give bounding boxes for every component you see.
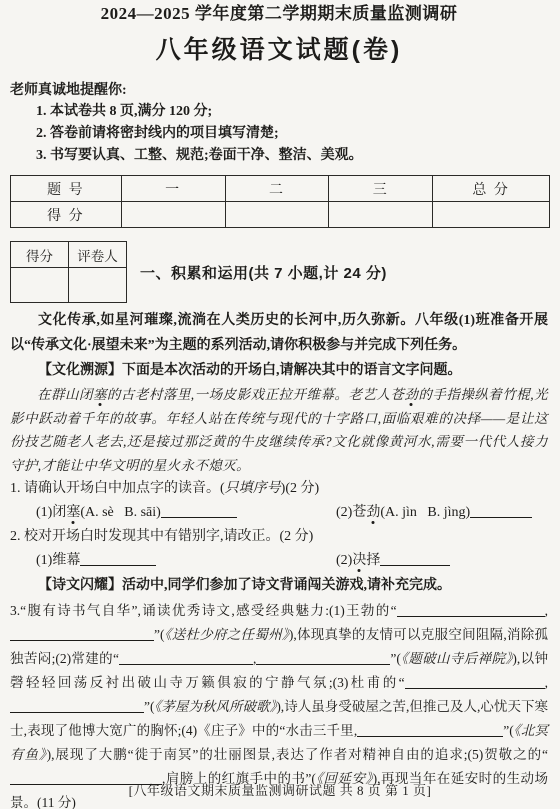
text-segment: (2) <box>336 553 352 568</box>
text-segment: ”( <box>390 651 401 666</box>
grader-box-grader-label: 评卷人 <box>69 242 127 268</box>
text-segment: 劲 <box>366 505 380 520</box>
text-segment: 劲 <box>404 387 418 402</box>
answer-blank <box>10 699 144 713</box>
score-table-cell-one <box>121 202 225 228</box>
score-table-header-total: 总 分 <box>433 176 550 202</box>
text-segment: 的古老村落里,一场皮影戏正拉开维幕。老艺人苍 <box>107 387 404 402</box>
answer-blank <box>10 627 154 641</box>
answer-blank <box>119 651 253 665</box>
score-table-header-two: 二 <box>225 176 329 202</box>
grader-box-grader-cell <box>69 268 127 303</box>
opening-passage: 在群山闭塞的古老村落里,一场皮影戏正拉开维幕。老艺人苍劲的手指操纵着竹棍,光影中… <box>10 383 548 477</box>
question-2: 2. 校对开场白时发现其中有错别字,请改正。(2 分) <box>10 525 548 549</box>
score-table-score-label: 得 分 <box>11 202 122 228</box>
answer-blank <box>256 651 390 665</box>
text-segment: , <box>545 603 548 618</box>
text-segment: ),展现了大鹏“徙于南冥”的壮丽图景,表达了作者对精神自由的追求;(5)贺敬之的… <box>47 747 548 762</box>
question-3: 3.“腹有诗书气自华”,诵读优秀诗文,感受经典魅力:(1)王勃的“,”(《送杜少… <box>10 599 548 809</box>
question-1-items: (1)闭塞(A. sè B. sāi) (2)苍劲(A. jìn B. jìng… <box>10 501 548 525</box>
text-segment: 择 <box>366 553 380 568</box>
reminder-item-2: 2. 答卷前请将密封线内的项目填写清楚; <box>36 123 548 145</box>
text-segment: 在群山闭 <box>37 387 93 402</box>
poem-shine-tagline: 【诗文闪耀】活动中,同学们参加了诗文背诵闯关游戏,请补充完成。 <box>10 573 548 598</box>
answer-blank <box>161 504 237 518</box>
question-1-item-1: (1)闭塞(A. sè B. sāi) <box>36 501 336 525</box>
score-table-cell-three <box>329 202 433 228</box>
text-segment: (2)苍 <box>336 505 366 520</box>
score-summary-table: 题 号 一 二 三 总 分 得 分 <box>10 175 550 228</box>
text-segment: (1)维幕 <box>36 553 80 568</box>
reminder-item-1: 1. 本试卷共 8 页,满分 120 分; <box>36 101 548 123</box>
reminder-item-3: 3. 书写要认真、工整、规范;卷面干净、整洁、美观。 <box>36 145 548 167</box>
text-segment: ”( <box>154 627 165 642</box>
culture-origin-text: 下面是本次活动的开场白,请解决其中的语言文字问题。 <box>122 363 462 378</box>
text-segment: 《茅屋为秋风所破歌》 <box>155 699 277 714</box>
answer-blank <box>470 504 532 518</box>
question-1-item-2: (2)苍劲(A. jìn B. jìng) <box>336 501 548 525</box>
answer-blank <box>405 675 545 689</box>
page-subtitle: 八年级语文试题(卷) <box>10 34 548 66</box>
culture-origin-tagline: 【文化溯源】下面是本次活动的开场白,请解决其中的语言文字问题。 <box>10 358 548 383</box>
grader-score-box: 得分 评卷人 <box>10 241 127 303</box>
text-segment: 《送杜少府之任蜀州》 <box>165 627 289 642</box>
text-segment: (A. sè B. sāi) <box>80 505 161 520</box>
question-2-items: (1)维幕 (2)决择 <box>10 549 548 573</box>
poem-shine-tag: 【诗文闪耀】 <box>38 578 122 593</box>
section1-header-row: 得分 评卷人 一、积累和运用(共 7 小题,计 24 分) <box>10 241 548 303</box>
text-segment: 塞 <box>93 387 107 402</box>
question-2-item-1: (1)维幕 <box>36 549 336 573</box>
text-segment: )(2 分) <box>281 481 320 496</box>
exam-paper-page: 2024—2025 学年度第二学期期末质量监测调研 八年级语文试题(卷) 老师真… <box>0 0 560 809</box>
grader-box-score-label: 得分 <box>11 242 69 268</box>
text-segment: (1)闭 <box>36 505 66 520</box>
section1-heading: 一、积累和运用(共 7 小题,计 24 分) <box>140 262 387 283</box>
answer-blank <box>357 723 503 737</box>
reminder-heading: 老师真诚地提醒你: <box>10 81 548 101</box>
text-segment: 决 <box>352 553 366 568</box>
text-segment: 只填序号 <box>225 481 281 496</box>
answer-blank <box>397 603 545 617</box>
question-2-item-2: (2)决择 <box>336 549 548 573</box>
page-footer: [八年级语文期末质量监测调研试题 共 8 页 第 1 页] <box>0 780 560 799</box>
score-table-cell-total <box>433 202 550 228</box>
score-table-header-one: 一 <box>121 176 225 202</box>
text-segment: 3.“腹有诗书气自华”,诵读优秀诗文,感受经典魅力:(1)王勃的“ <box>10 603 397 618</box>
grader-box-score-cell <box>11 268 69 303</box>
question-1: 1. 请确认开场白中加点字的读音。(只填序号)(2 分) <box>10 477 548 501</box>
score-table-header-qnum: 题 号 <box>11 176 122 202</box>
page-title: 2024—2025 学年度第二学期期末质量监测调研 <box>10 3 548 25</box>
score-table-cell-two <box>225 202 329 228</box>
text-segment: ”( <box>503 723 514 738</box>
text-segment: 1. 请确认开场白中加点字的读音。( <box>10 481 225 496</box>
text-segment: , <box>545 675 548 690</box>
culture-origin-tag: 【文化溯源】 <box>38 363 122 378</box>
text-segment: 《题破山寺后禅院》 <box>401 651 513 666</box>
text-segment: (A. jìn B. jìng) <box>380 505 470 520</box>
section1-intro-paragraph: 文化传承,如星河璀璨,流淌在人类历史的长河中,历久弥新。八年级(1)班准备开展以… <box>10 308 548 358</box>
text-segment: ”( <box>144 699 155 714</box>
text-segment: 塞 <box>66 505 80 520</box>
poem-shine-text: 活动中,同学们参加了诗文背诵闯关游戏,请补充完成。 <box>122 578 451 593</box>
answer-blank <box>380 552 450 566</box>
score-table-header-three: 三 <box>329 176 433 202</box>
answer-blank <box>80 552 156 566</box>
